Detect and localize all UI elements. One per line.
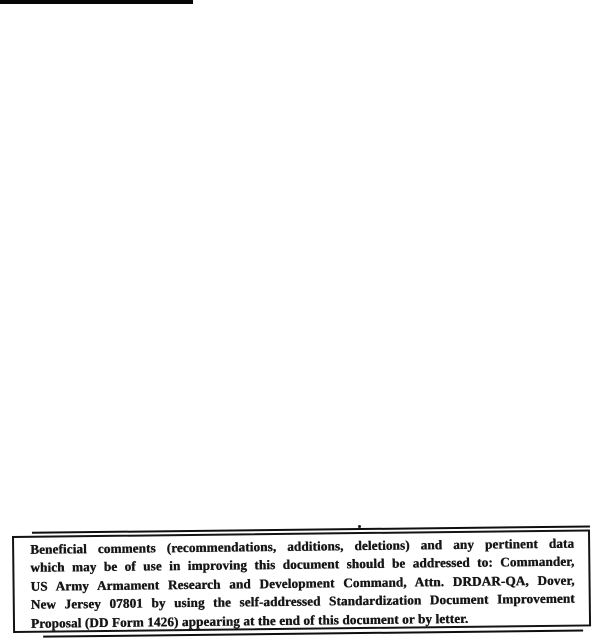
scan-artifact-line-top <box>32 525 590 533</box>
feedback-notice-box: Beneficial comments (recommendations, ad… <box>12 529 591 633</box>
top-rule <box>0 0 193 4</box>
scanned-document-page: Beneficial comments (recommendations, ad… <box>0 0 597 639</box>
